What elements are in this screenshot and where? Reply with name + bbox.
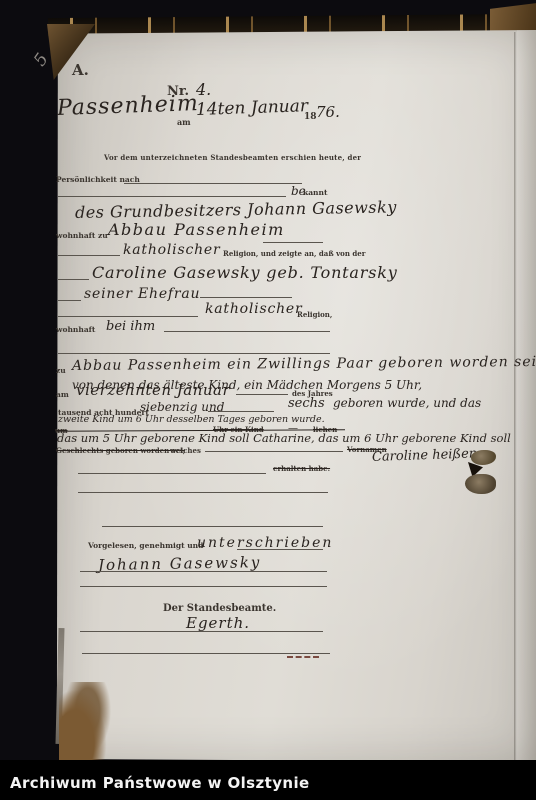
form-rule (263, 242, 323, 243)
form-rule (58, 300, 81, 301)
form-rule (124, 183, 302, 184)
form-rule (236, 394, 288, 395)
form-rule (205, 451, 343, 452)
year-handwriting: 76. (316, 103, 340, 121)
intro-text: Vor dem unterzeichneten Standesbeamten e… (104, 153, 361, 162)
vorgelesen-label: Vorgelesen, genehmigt und (88, 541, 203, 550)
red-dash-marks (287, 656, 319, 658)
archive-caption: Archiwum Państwowe w Olsztynie (10, 774, 310, 792)
pencil-mark: 5 (30, 50, 53, 70)
residence-label: wohnhaft zu (56, 231, 108, 240)
second-child-handwriting: zweite Kind um 6 Uhr desselben Tages geb… (58, 414, 325, 425)
religion-label-2: Religion, (297, 310, 332, 319)
bekannt-print: kannt (303, 188, 327, 197)
residence-handwriting: Abbau Passenheim (108, 220, 285, 239)
registrar-signature: Egerth. (186, 614, 250, 632)
form-rule (80, 571, 327, 572)
form-rule (58, 316, 198, 317)
form-rule (82, 653, 330, 654)
archive-photo: 5 A. Nr. 4. Passenheim am 14ten Januar 1… (0, 0, 536, 800)
am-label: am (177, 117, 191, 127)
welches-label: welches (170, 446, 201, 455)
unit-handwriting: sechs (288, 396, 325, 411)
am-label-2: am (56, 390, 69, 399)
form-rule (200, 297, 292, 298)
year-prefix: 18 (304, 112, 317, 122)
form-rule (80, 631, 323, 632)
bei-ihm-handwriting: bei ihm (106, 319, 155, 334)
names-handwriting: das um 5 Uhr geborene Kind soll Catharin… (57, 431, 511, 445)
form-rule (58, 196, 286, 197)
page-edge-shade (517, 30, 536, 762)
form-rule (208, 411, 274, 412)
form-rule (58, 279, 89, 280)
religion-handwriting-2: katholischer (205, 301, 302, 317)
form-rule (80, 586, 327, 587)
form-rule (78, 473, 266, 474)
binding-stain (59, 682, 111, 764)
religion-label-1: Religion, und zeigte an, daß von der (223, 249, 365, 258)
struck-erhalten: erhalten habe. (273, 464, 330, 473)
form-rule (78, 492, 328, 493)
birth-day-handwriting: vierzehnten Januar (76, 381, 230, 399)
struck-geschlechts: Geschlechts geboren worden sei, (56, 446, 185, 455)
date-handwriting: 14ten Januar (196, 96, 309, 120)
corner-letter: A. (72, 61, 89, 79)
registrar-label: Der Standesbeamte. (163, 603, 276, 614)
wohnhaft-label: wohnhaft (56, 325, 95, 334)
mother-handwriting: Caroline Gasewsky geb. Tontarsky (92, 263, 398, 282)
zu-label: zu (56, 366, 66, 375)
ink-blot (465, 474, 496, 494)
form-rule (164, 331, 330, 332)
form-rule (102, 526, 323, 527)
form-rule (58, 255, 120, 256)
form-rule (237, 549, 323, 550)
relation-handwriting: seiner Ehefrau (84, 286, 200, 302)
born-note-handwriting: geboren wurde, und das (333, 396, 481, 410)
form-rule (58, 353, 330, 354)
religion-handwriting-1: katholischer (123, 242, 220, 258)
